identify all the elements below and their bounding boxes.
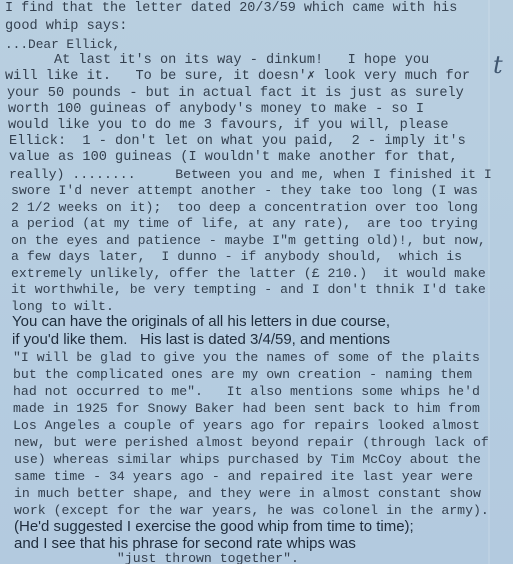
text-line: swore I'd never attempt another - they t… bbox=[11, 182, 478, 199]
text-line: You can have the originals of all his le… bbox=[12, 313, 390, 330]
letter-page: I find that the letter dated 20/3/59 whi… bbox=[0, 0, 513, 564]
text-line: really) ........ Between you and me, whe… bbox=[9, 166, 492, 183]
text-line: "I will be glad to give you the names of… bbox=[13, 349, 480, 366]
text-line: ...Dear Ellick, bbox=[5, 36, 120, 53]
text-line: in much better shape, and they were in a… bbox=[14, 485, 481, 502]
text-line: if you'd like them. His last is dated 3/… bbox=[12, 331, 390, 348]
text-line: use) whereas similar whips purchased by … bbox=[14, 451, 481, 468]
text-line: Ellick: 1 - don't let on what you paid, … bbox=[9, 133, 466, 150]
text-line: your 50 pounds - but in actual fact it i… bbox=[7, 85, 464, 102]
text-line: At last it's on its way - dinkum! I hope… bbox=[5, 52, 429, 69]
text-line: 2 1/2 weeks on it); too deep a concentra… bbox=[11, 199, 478, 216]
text-line: value as 100 guineas (I wouldn't make an… bbox=[9, 149, 458, 166]
text-line: Los Angeles a couple of years ago for re… bbox=[13, 417, 480, 434]
text-line: same time - 34 years ago - and repaired … bbox=[14, 468, 473, 485]
text-line: made in 1925 for Snowy Baker had been se… bbox=[13, 400, 480, 417]
text-line: extremely unlikely, offer the latter (£ … bbox=[11, 265, 486, 282]
text-line: work (except for the war years, he was c… bbox=[14, 502, 489, 519]
text-line: had not occurred to me". It also mention… bbox=[13, 383, 480, 400]
text-line: will like it. To be sure, it doesn'✗ loo… bbox=[5, 68, 470, 85]
text-line: but the complicated ones are my own crea… bbox=[13, 366, 472, 383]
text-line: new, but were perished almost beyond rep… bbox=[14, 434, 489, 451]
text-line: a few days later, I dunno - if anybody s… bbox=[11, 248, 462, 265]
text-line: I find that the letter dated 20/3/59 whi… bbox=[5, 0, 505, 17]
paper-crease bbox=[488, 0, 490, 564]
text-line: on the eyes and patience - maybe I"m get… bbox=[11, 232, 486, 249]
text-line: "just thrown together". bbox=[14, 550, 299, 564]
text-line: good whip says: bbox=[5, 18, 127, 35]
text-line: would like you to do me 3 favours, if yo… bbox=[8, 117, 449, 134]
text-line: (He'd suggested I exercise the good whip… bbox=[14, 518, 414, 535]
margin-annotation: t bbox=[493, 51, 503, 79]
text-line: it worthwhile, be very tempting - and I … bbox=[11, 281, 486, 298]
text-line: a period (at my time of life, at any rat… bbox=[11, 215, 478, 232]
text-line: worth 100 guineas of anybody's money to … bbox=[8, 101, 424, 118]
